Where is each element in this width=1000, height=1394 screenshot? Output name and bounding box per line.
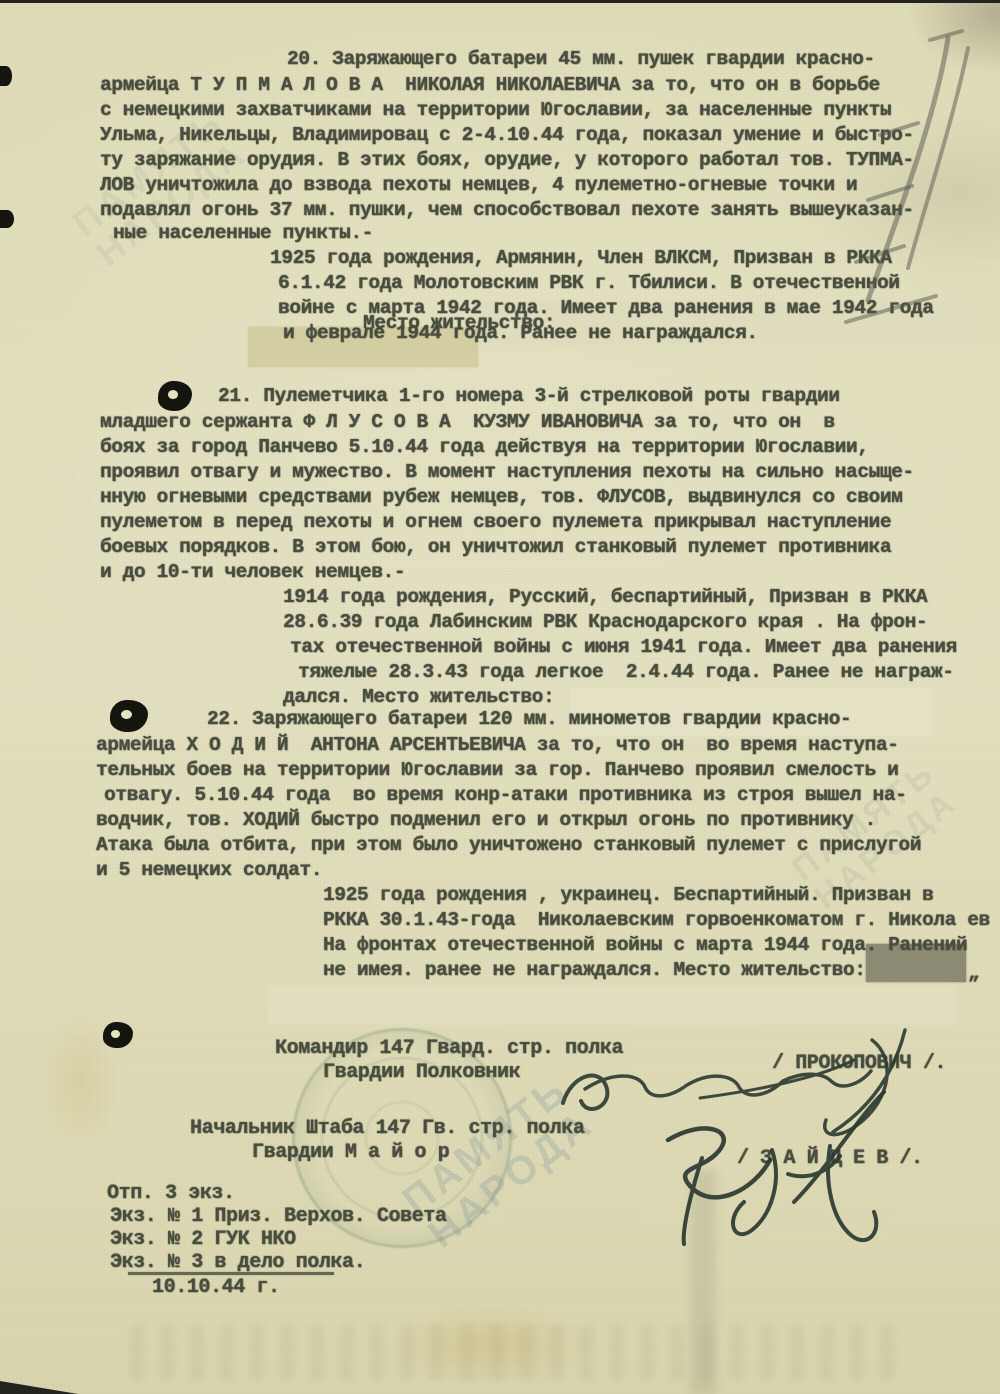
p20-line1: 20. Заряжающего батареи 45 мм. пушек гва… bbox=[287, 48, 875, 70]
p21-line5: нную огневыми средствами рубеж немцев, т… bbox=[100, 486, 902, 508]
p22-line6: Атака была отбита, при этом было уничтож… bbox=[96, 834, 921, 856]
p21-line7: боевых порядков. В этом бою, он уничтожи… bbox=[100, 536, 891, 558]
p20-detail1: 1925 года рождения, Армянин, Член ВЛКСМ,… bbox=[270, 247, 892, 269]
hole-punch-center bbox=[168, 390, 178, 399]
paper-tear-notch bbox=[0, 66, 12, 86]
footer-underline bbox=[128, 1272, 334, 1275]
p21-line8: и до 10-ти человек немцев.- bbox=[100, 561, 405, 583]
p21-line1: 21. Пулеметчика 1-го номера 3-й стрелков… bbox=[218, 385, 840, 407]
footer-copies-total: Отп. 3 экз. bbox=[107, 1183, 235, 1205]
paper-tear-notch bbox=[0, 210, 14, 228]
p20-line8: ные населенные пункты.- bbox=[113, 222, 373, 244]
commander-title-line1: Командир 147 Гвард. стр. полка bbox=[275, 1038, 623, 1060]
p22-line1: 22. Заряжающего батареи 120 мм. миномето… bbox=[207, 708, 851, 730]
p20-residence-label: Место жительство: bbox=[363, 312, 555, 334]
p22-line7: и 5 немецких солдат. bbox=[96, 859, 322, 881]
chief-of-staff-title-line1: Начальник Штаба 147 Гв. стр. полка bbox=[190, 1118, 584, 1140]
commander-name: / ПРОКОПОВИЧ /. bbox=[772, 1053, 946, 1075]
p21-detail5: дался. Место жительство: bbox=[283, 686, 554, 708]
p21-line4: проявил отвагу и мужество. В момент наст… bbox=[100, 461, 914, 483]
p21-line2: младшего сержанта Ф Л У С О В А КУЗМУ ИВ… bbox=[100, 411, 835, 433]
p21-line6: пулеметом в перед пехоты и огнем своего … bbox=[100, 511, 891, 533]
footer-copy2: Экз. № 2 ГУК НКО bbox=[110, 1229, 296, 1251]
p22-quote-mark: „ bbox=[968, 962, 979, 984]
typed-text-layer: 20. Заряжающего батареи 45 мм. пушек гва… bbox=[0, 0, 1000, 1394]
p20-line7: подавлял огонь 37 мм. пушки, чем способс… bbox=[100, 199, 914, 221]
document-page: ПАМЯТЬ НАРОДА ПАМЯТЬ НАРОДА ПАМЯТЬ НАРОД… bbox=[0, 0, 1000, 1394]
footer-copy1: Экз. № 1 Приз. Верхов. Совета bbox=[110, 1206, 446, 1228]
p20-line4: Ульма, Никельцы, Владимировац с 2-4.10.4… bbox=[100, 124, 914, 146]
p21-detail1: 1914 года рождения, Русский, беспартийны… bbox=[283, 586, 927, 608]
p22-line3: тельных боев на территории Югославии за … bbox=[96, 759, 898, 781]
p22-line4: отвагу. 5.10.44 года во время конр-атаки… bbox=[104, 784, 906, 806]
hole-punch-center bbox=[121, 710, 132, 720]
p20-line3: с немецкими захватчиками на территории Ю… bbox=[100, 99, 891, 121]
p20-detail2: 6.1.42 года Молотовским РВК г. Тбилиси. … bbox=[278, 272, 900, 294]
p22-detail1: 1925 года рождения , украинец. Беспартий… bbox=[323, 884, 933, 906]
p22-detail2: РККА 30.1.43-года Николаевским горвоенко… bbox=[323, 909, 990, 931]
p20-line6: ЛОВ уничтожила до взвода пехоты немцев, … bbox=[100, 174, 857, 196]
p22-line2: армейца Х О Д И Й АНТОНА АРСЕНТЬЕВИЧА за… bbox=[96, 734, 898, 756]
p20-line5: ту заряжание орудия. В этих боях, орудие… bbox=[100, 149, 914, 171]
p21-detail4: тяжелые 28.3.43 года легкое 2.4.44 года.… bbox=[298, 661, 954, 683]
p20-line2: армейца Т У П М А Л О В А НИКОЛАЯ НИКОЛА… bbox=[100, 74, 880, 96]
chief-of-staff-title-line2: Гвардии М а й о р bbox=[252, 1142, 449, 1164]
chief-of-staff-name: / З А Й Ц Е В /. bbox=[737, 1148, 923, 1170]
p21-line3: боях за город Панчево 5.10.44 года дейст… bbox=[100, 436, 869, 458]
scan-edge-top bbox=[0, 0, 1000, 3]
p22-detail3: На фронтах отечественной войны с марта 1… bbox=[323, 934, 967, 956]
commander-title-line2: Гвардии Полковник bbox=[323, 1062, 520, 1084]
p22-detail4: не имея. ранее не награждался. Место жит… bbox=[323, 959, 866, 981]
footer-date: 10.10.44 г. bbox=[152, 1277, 280, 1299]
p21-detail3: тах отечественной войны с июня 1941 года… bbox=[290, 636, 957, 658]
p22-line5: водчик, тов. ХОДИЙ быстро подменил его и… bbox=[96, 809, 876, 831]
hole-punch-center bbox=[111, 1030, 120, 1038]
bleed-through-ghost-text bbox=[130, 1325, 910, 1380]
p21-detail2: 28.6.39 года Лабинским РВК Краснодарског… bbox=[283, 611, 927, 633]
footer-copy3: Экз. № 3 в дело полка. bbox=[110, 1252, 365, 1274]
